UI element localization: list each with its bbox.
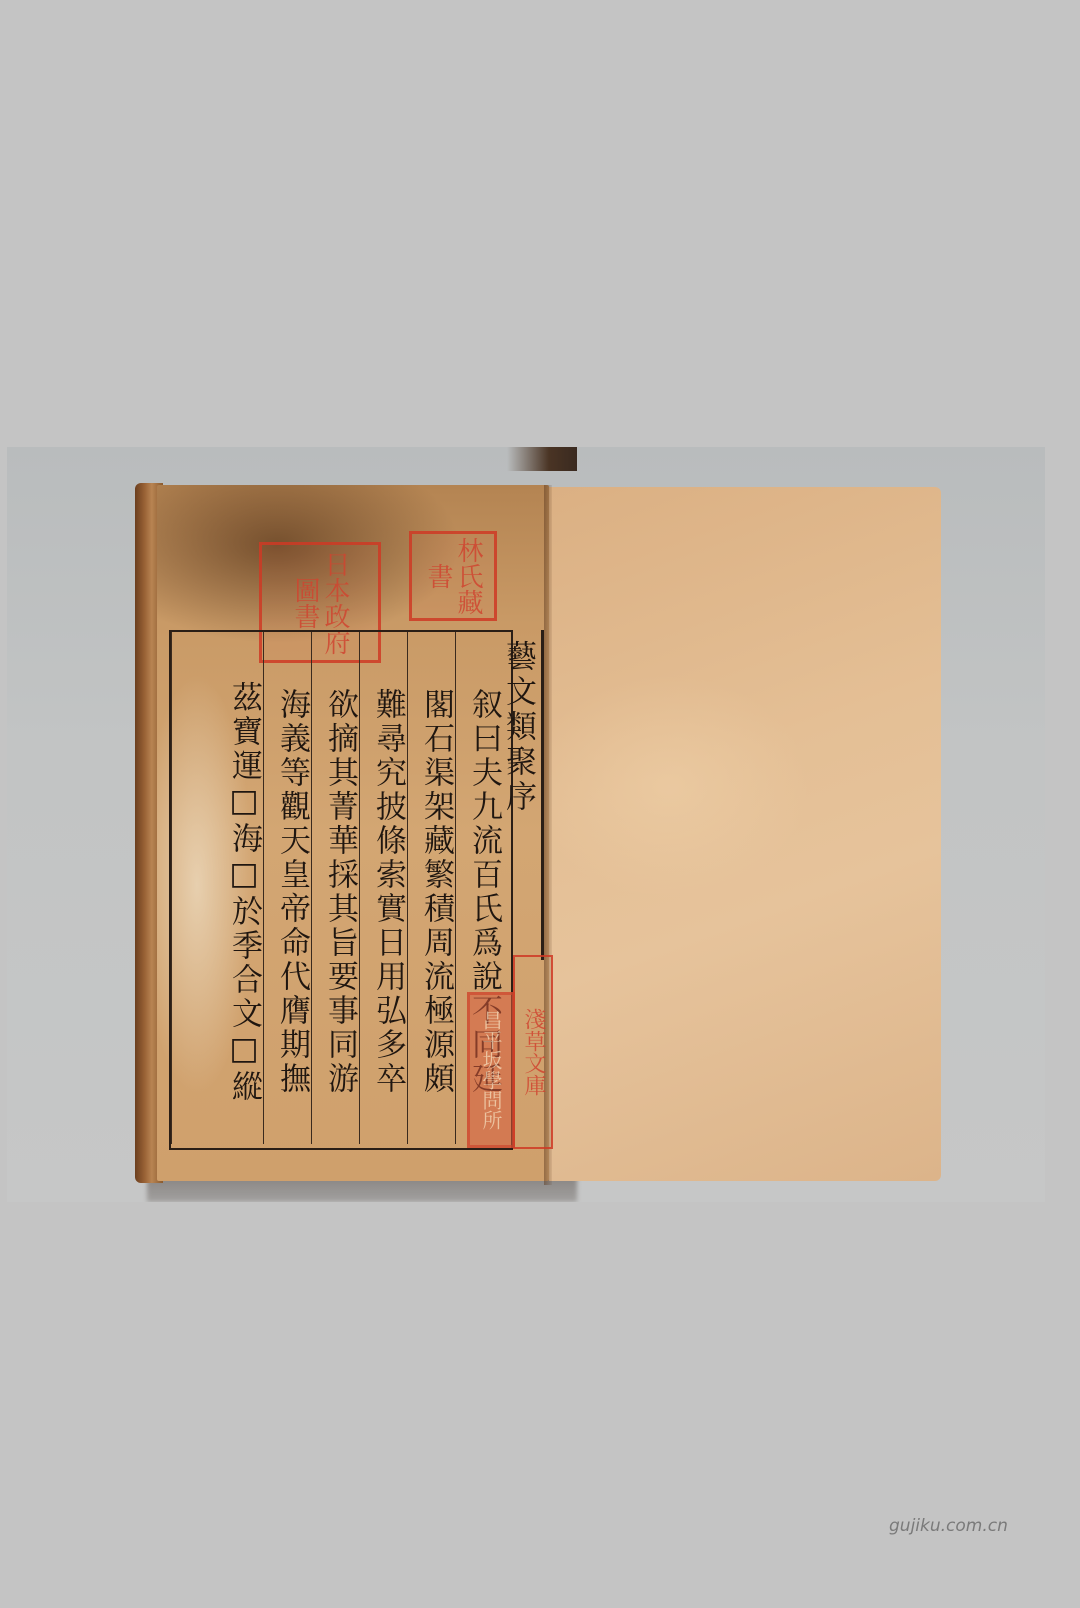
shadow [507,447,577,471]
text-column-5: 海義等觀天皇帝命代膺期撫 [263,632,311,1144]
seal-top-right: 林氏藏書 [409,531,497,621]
seal-gutter-right: 淺草文庫 [513,955,553,1149]
book-photo: 日本政府圖書 林氏藏書 藝文類聚序 叙曰夫九流百氏爲說不同延 閣石渠架藏繁積周流… [7,447,1045,1202]
text-column-2: 閣石渠架藏繁積周流極源頗 [407,632,455,1144]
right-page-blank [549,487,941,1181]
text-column-3: 難尋究披條索實日用弘多卒 [359,632,407,1144]
watermark: gujiku.com.cn [889,1516,1008,1536]
text-column-4: 欲摘其菁華採其旨要事同游 [311,632,359,1144]
book-title: 藝文類聚序 [507,630,544,960]
text-column-6: 茲寶運□海□於季合文□縱 [171,632,263,1144]
seal-gutter-left: 昌平坂學問所 [467,992,515,1148]
